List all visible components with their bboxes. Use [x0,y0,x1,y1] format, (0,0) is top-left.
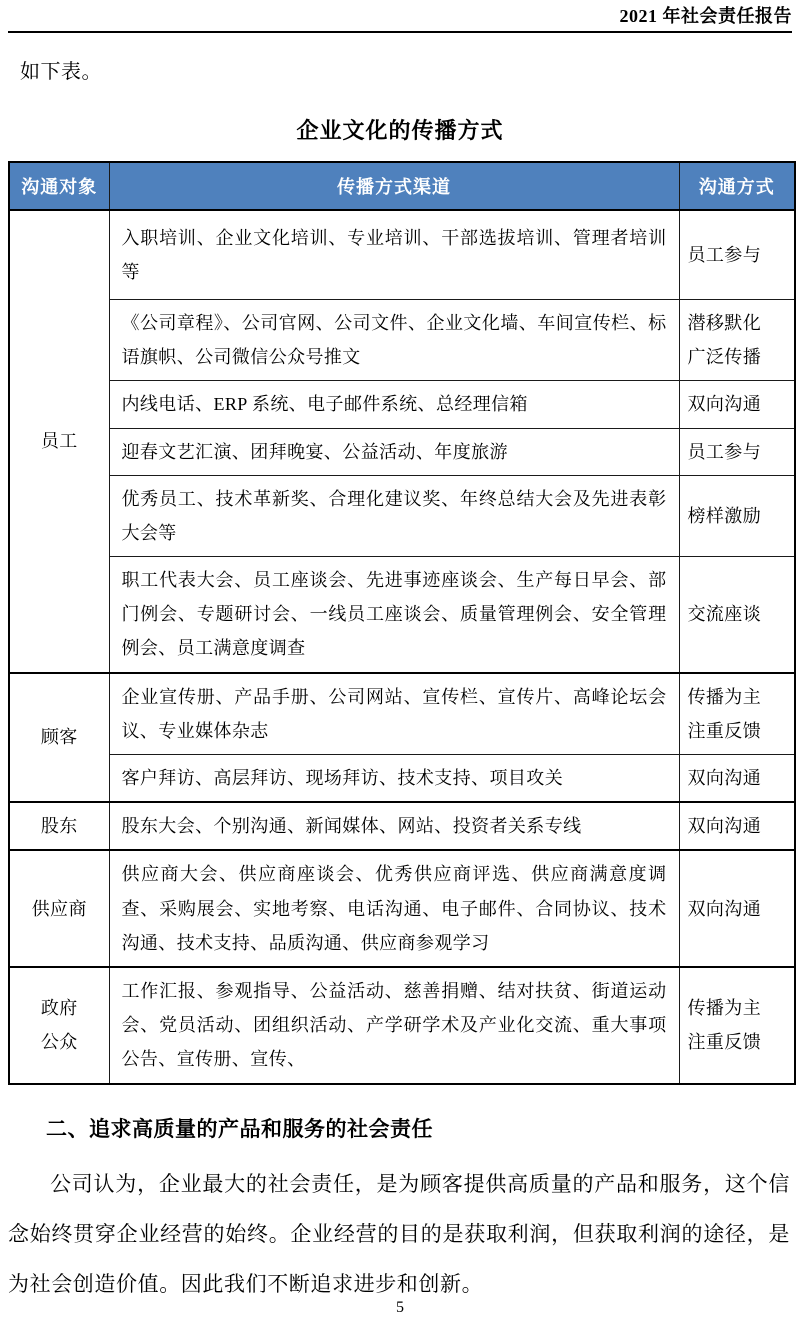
channel-cell: 供应商大会、供应商座谈会、优秀供应商评选、供应商满意度调查、采购展会、实地考察、… [109,850,679,967]
report-header-title: 2021 年社会责任报告 [8,6,792,28]
channel-cell: 客户拜访、高层拜访、现场拜访、技术支持、项目攻关 [109,755,679,803]
table-row: 优秀员工、技术革新奖、合理化建议奖、年终总结大会及先进表彰大会等 榜样激励 [9,475,795,556]
target-cell-employees: 员工 [9,210,109,673]
table-row: 顾客 企业宣传册、产品手册、公司网站、宣传栏、宣传片、高峰论坛会议、专业媒体杂志… [9,673,795,755]
target-cell-shareholders: 股东 [9,802,109,850]
method-cell: 员工参与 [679,428,795,475]
table-row: 股东 股东大会、个别沟通、新闻媒体、网站、投资者关系专线 双向沟通 [9,802,795,850]
table-row: 员工 入职培训、企业文化培训、专业培训、干部选拔培训、管理者培训等 员工参与 [9,210,795,300]
body-paragraph: 公司认为，企业最大的社会责任，是为顾客提供高质量的产品和服务，这个信念始终贯穿企… [8,1159,790,1310]
table-row: 迎春文艺汇演、团拜晚宴、公益活动、年度旅游 员工参与 [9,428,795,475]
method-cell: 交流座谈 [679,557,795,673]
target-cell-customers: 顾客 [9,673,109,803]
section-heading: 二、追求高质量的产品和服务的社会责任 [46,1113,800,1143]
channel-cell: 职工代表大会、员工座谈会、先进事迹座谈会、生产每日早会、部门例会、专题研讨会、一… [109,557,679,673]
column-header-channel: 传播方式渠道 [109,162,679,210]
table-row: 客户拜访、高层拜访、现场拜访、技术支持、项目攻关 双向沟通 [9,755,795,803]
channel-cell: 企业宣传册、产品手册、公司网站、宣传栏、宣传片、高峰论坛会议、专业媒体杂志 [109,673,679,755]
method-cell: 传播为主 注重反馈 [679,967,795,1084]
method-cell: 榜样激励 [679,475,795,556]
method-cell: 双向沟通 [679,381,795,428]
report-page: 2021 年社会责任报告 如下表。 企业文化的传播方式 沟通对象 传播方式渠道 … [0,0,800,1327]
channel-cell: 工作汇报、参观指导、公益活动、慈善捐赠、结对扶贫、街道运动会、党员活动、团组织活… [109,967,679,1084]
channel-cell: 内线电话、ERP 系统、电子邮件系统、总经理信箱 [109,381,679,428]
table-row: 政府 公众 工作汇报、参观指导、公益活动、慈善捐赠、结对扶贫、街道运动会、党员活… [9,967,795,1084]
table-row: 《公司章程》、公司官网、公司文件、企业文化墙、车间宣传栏、标语旗帜、公司微信公众… [9,299,795,380]
page-number: 5 [0,1299,800,1317]
channel-cell: 优秀员工、技术革新奖、合理化建议奖、年终总结大会及先进表彰大会等 [109,475,679,556]
target-cell-government-public: 政府 公众 [9,967,109,1084]
column-header-target: 沟通对象 [9,162,109,210]
table-row: 供应商 供应商大会、供应商座谈会、优秀供应商评选、供应商满意度调查、采购展会、实… [9,850,795,967]
method-cell: 双向沟通 [679,850,795,967]
method-cell: 潜移默化 广泛传播 [679,299,795,380]
intro-text: 如下表。 [20,55,800,84]
header-divider-line [8,31,792,33]
channel-cell: 迎春文艺汇演、团拜晚宴、公益活动、年度旅游 [109,428,679,475]
document-header: 2021 年社会责任报告 [0,0,800,33]
target-cell-suppliers: 供应商 [9,850,109,967]
method-cell: 双向沟通 [679,755,795,803]
table-row: 内线电话、ERP 系统、电子邮件系统、总经理信箱 双向沟通 [9,381,795,428]
method-cell: 员工参与 [679,210,795,300]
method-cell: 传播为主 注重反馈 [679,673,795,755]
table-title: 企业文化的传播方式 [0,114,800,145]
channel-cell: 股东大会、个别沟通、新闻媒体、网站、投资者关系专线 [109,802,679,850]
column-header-method: 沟通方式 [679,162,795,210]
channel-cell: 《公司章程》、公司官网、公司文件、企业文化墙、车间宣传栏、标语旗帜、公司微信公众… [109,299,679,380]
channel-cell: 入职培训、企业文化培训、专业培训、干部选拔培训、管理者培训等 [109,210,679,300]
table-row: 职工代表大会、员工座谈会、先进事迹座谈会、生产每日早会、部门例会、专题研讨会、一… [9,557,795,673]
method-cell: 双向沟通 [679,802,795,850]
table-header-row: 沟通对象 传播方式渠道 沟通方式 [9,162,795,210]
communication-methods-table: 沟通对象 传播方式渠道 沟通方式 员工 入职培训、企业文化培训、专业培训、干部选… [8,161,796,1085]
